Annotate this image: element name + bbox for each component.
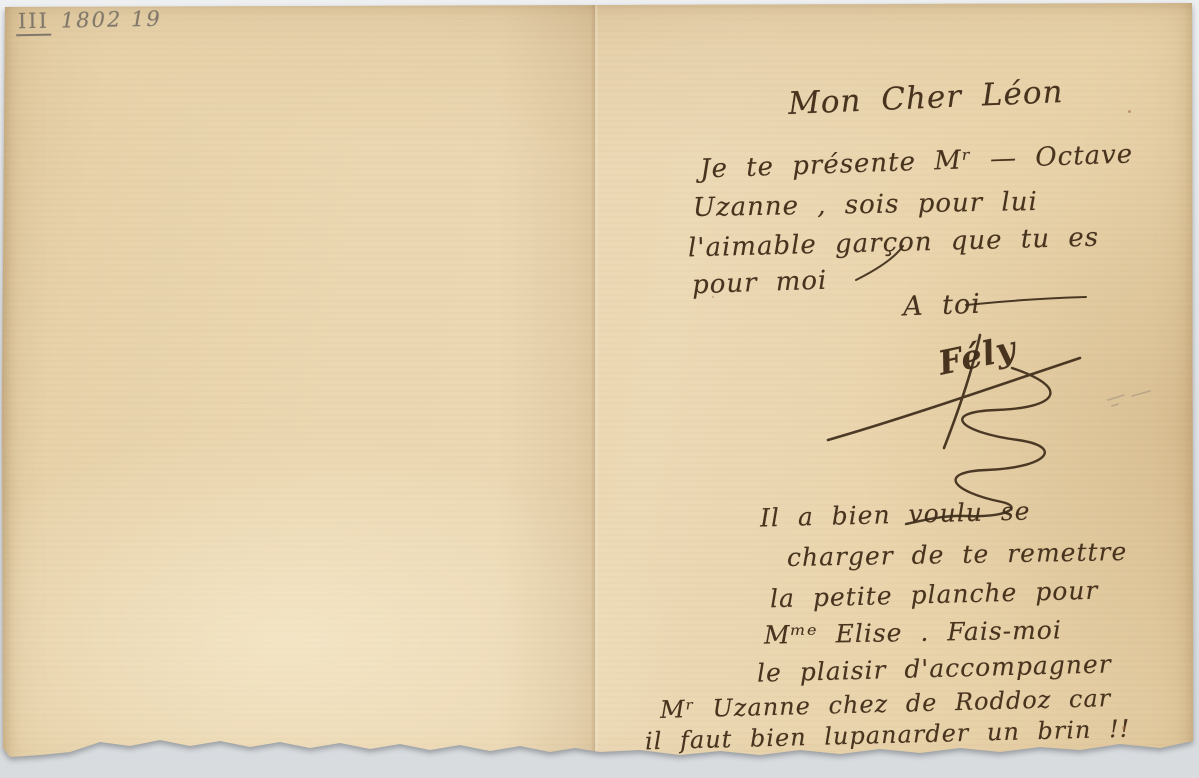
- salutation-line: Mon Cher Léon: [787, 74, 1064, 122]
- signature-name: Fély: [935, 328, 1020, 382]
- handwritten-line: Il a bien voulu se: [760, 496, 1031, 532]
- handwritten-line: Mᵐᵉ Elise . Fais-moi: [764, 615, 1062, 649]
- letter-paper: III1802 19 Mon Cher Léon Je te présente …: [0, 0, 1199, 778]
- pencil-smudge: [1108, 391, 1150, 406]
- handwritten-line: charger de te remettre: [787, 537, 1128, 572]
- valediction-line: A toi: [902, 289, 981, 323]
- foxing-speck: [1122, 726, 1126, 730]
- paper-shadow-wrap: III1802 19 Mon Cher Léon Je te présente …: [0, 0, 1199, 778]
- handwritten-line: l'aimable garçon que tu es: [688, 223, 1100, 264]
- handwritten-line: la petite planche pour: [770, 576, 1099, 614]
- archival-number: 1802 19: [61, 7, 162, 33]
- foxing-speck: [712, 296, 714, 298]
- valediction-dash: [966, 297, 1086, 305]
- archival-note: III1802 19: [16, 7, 162, 34]
- scanned-letter: III1802 19 Mon Cher Léon Je te présente …: [0, 0, 1199, 778]
- fold-shading: [498, 0, 593, 778]
- handwritten-line: le plaisir d'accompagner: [757, 649, 1112, 687]
- archival-roman-numeral: III: [16, 9, 51, 37]
- fold-crease: [591, 0, 598, 778]
- handwritten-line: Uzanne , sois pour lui: [693, 187, 1038, 223]
- foxing-speck: [1128, 110, 1131, 113]
- handwritten-line: Je te présente Mʳ — Octave: [700, 139, 1134, 184]
